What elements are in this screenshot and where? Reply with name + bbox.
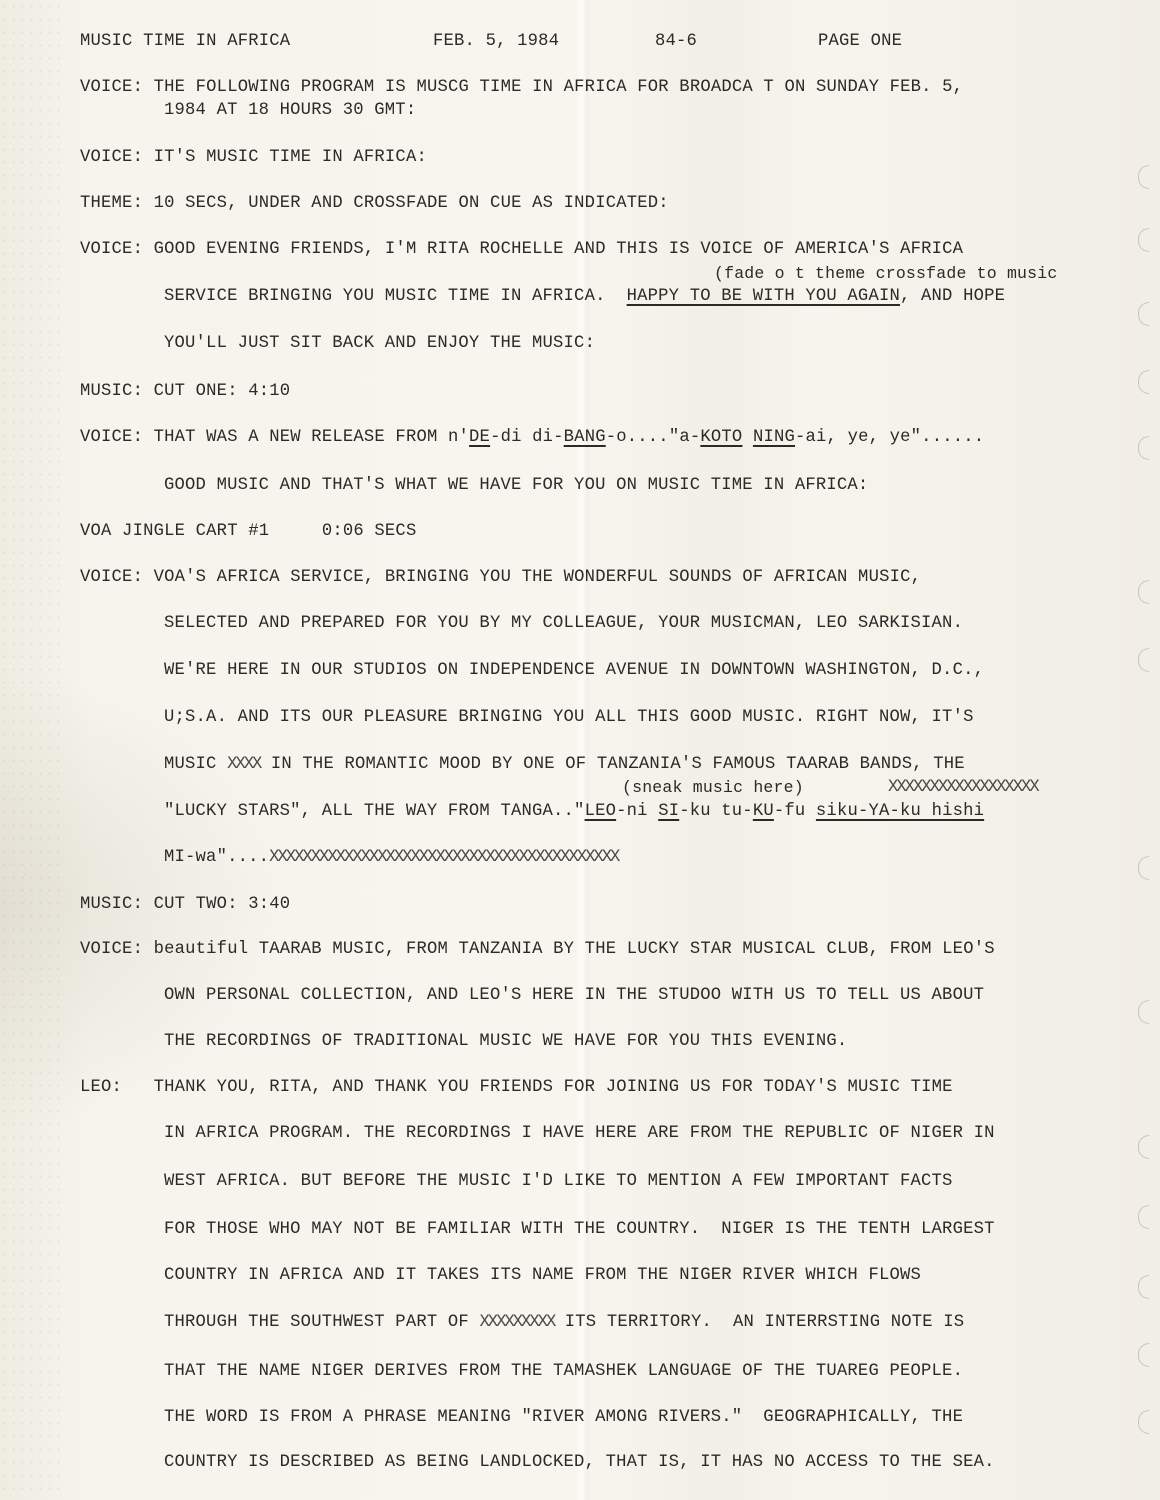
script-line: VOICE: IT'S MUSIC TIME IN AFRICA: — [80, 148, 427, 168]
script-line: VOICE: GOOD EVENING FRIENDS, I'M RITA RO… — [80, 240, 963, 260]
binder-hole-mark — [1138, 1343, 1149, 1367]
binder-hole-mark — [1138, 648, 1149, 672]
binder-hole-mark — [1138, 1135, 1149, 1159]
script-line: GOOD MUSIC AND THAT'S WHAT WE HAVE FOR Y… — [164, 476, 868, 496]
script-line: VOICE: VOA'S AFRICA SERVICE, BRINGING YO… — [80, 568, 921, 588]
underlined-text: NING — [753, 428, 795, 447]
script-line: WE'RE HERE IN OUR STUDIOS ON INDEPENDENC… — [164, 661, 984, 681]
binder-hole-mark — [1138, 228, 1149, 252]
header-program: MUSIC TIME IN AFRICA — [80, 32, 290, 52]
text-segment: -di di- — [490, 428, 564, 447]
underlined-text: HAPPY TO BE WITH YOU AGAIN — [627, 287, 900, 306]
binder-hole-mark — [1138, 370, 1149, 394]
script-line: VOICE: beautiful TAARAB MUSIC, FROM TANZ… — [80, 940, 995, 960]
text-segment: ITS TERRITORY. AN INTERRSTING NOTE IS — [554, 1313, 964, 1332]
script-line: OWN PERSONAL COLLECTION, AND LEO'S HERE … — [164, 986, 984, 1006]
struck-out-text: XXXX — [227, 755, 260, 774]
script-line: THROUGH THE SOUTHWEST PART OF XXXXXXXXX … — [164, 1313, 964, 1333]
underlined-text: SI — [658, 802, 679, 821]
underlined-text: LEO — [585, 802, 617, 821]
script-line: SELECTED AND PREPARED FOR YOU BY MY COLL… — [164, 614, 963, 634]
underlined-text: siku-YA-ku hishi — [816, 802, 984, 821]
binder-hole-mark — [1138, 165, 1149, 189]
script-line: COUNTRY IN AFRICA AND IT TAKES ITS NAME … — [164, 1266, 921, 1286]
binder-hole-mark — [1138, 1275, 1149, 1299]
script-line: WEST AFRICA. BUT BEFORE THE MUSIC I'D LI… — [164, 1172, 953, 1192]
binder-hole-mark — [1138, 1205, 1149, 1229]
text-segment: -fu — [774, 802, 816, 821]
text-segment: IN THE ROMANTIC MOOD BY ONE OF TANZANIA'… — [260, 755, 964, 774]
script-line: U;S.A. AND ITS OUR PLEASURE BRINGING YOU… — [164, 708, 974, 728]
text-segment — [742, 428, 753, 447]
script-line: VOICE: THE FOLLOWING PROGRAM IS MUSCG TI… — [80, 78, 963, 98]
struck-out-text: XXXXXXXXXXXXXXXXXXXXXXXXXXXXXXXXXXXXXXXX… — [269, 848, 618, 867]
text-segment: THROUGH THE SOUTHWEST PART OF — [164, 1313, 479, 1332]
script-line: VOICE: THAT WAS A NEW RELEASE FROM n'DE-… — [80, 428, 984, 448]
script-line: 1984 AT 18 HOURS 30 GMT: — [164, 101, 416, 121]
header-code: 84-6 — [655, 32, 697, 52]
paper-specks — [0, 0, 60, 1500]
script-line: MUSIC: CUT ONE: 4:10 — [80, 382, 290, 402]
script-line: MUSIC: CUT TWO: 3:40 — [80, 895, 290, 915]
document-page: MUSIC TIME IN AFRICA FEB. 5, 1984 84-6 P… — [0, 0, 1160, 1500]
script-line: IN AFRICA PROGRAM. THE RECORDINGS I HAVE… — [164, 1124, 995, 1144]
script-line: MI-wa"....XXXXXXXXXXXXXXXXXXXXXXXXXXXXXX… — [164, 848, 618, 868]
script-line: THE RECORDINGS OF TRADITIONAL MUSIC WE H… — [164, 1032, 847, 1052]
text-segment: -ni — [616, 802, 658, 821]
script-line: VOA JINGLE CART #1 0:06 SECS — [80, 522, 416, 542]
script-line: SERVICE BRINGING YOU MUSIC TIME IN AFRIC… — [164, 287, 1005, 307]
text-segment: -ku tu- — [679, 802, 753, 821]
header-page: PAGE ONE — [818, 32, 902, 52]
underlined-text: BANG — [564, 428, 606, 447]
binder-hole-mark — [1138, 302, 1149, 326]
production-note: (sneak music here) — [622, 778, 804, 798]
script-line: THAT THE NAME NIGER DERIVES FROM THE TAM… — [164, 1362, 963, 1382]
binder-hole-mark — [1138, 436, 1149, 460]
text-segment: SERVICE BRINGING YOU MUSIC TIME IN AFRIC… — [164, 287, 627, 306]
text-segment: MUSIC — [164, 755, 227, 774]
struck-out-text: XXXXXXXXXXXXXXXXXX — [888, 778, 1038, 798]
text-segment: -ai, ye, ye"...... — [795, 428, 984, 447]
script-line: YOU'LL JUST SIT BACK AND ENJOY THE MUSIC… — [164, 334, 595, 354]
header-date: FEB. 5, 1984 — [433, 32, 559, 52]
script-line: THEME: 10 SECS, UNDER AND CROSSFADE ON C… — [80, 194, 669, 214]
script-line: MUSIC XXXX IN THE ROMANTIC MOOD BY ONE O… — [164, 755, 965, 775]
text-segment: -o...."a- — [606, 428, 701, 447]
text-segment: , AND HOPE — [900, 287, 1005, 306]
script-line: "LUCKY STARS", ALL THE WAY FROM TANGA.."… — [164, 802, 984, 822]
binder-hole-mark — [1138, 856, 1149, 880]
production-note: (fade o t theme crossfade to music — [714, 264, 1057, 284]
script-line: THE WORD IS FROM A PHRASE MEANING "RIVER… — [164, 1408, 963, 1428]
underlined-text: DE — [469, 428, 490, 447]
underlined-text: KOTO — [700, 428, 742, 447]
struck-out-text: XXXXXXXXX — [479, 1313, 554, 1332]
binder-hole-mark — [1138, 1000, 1149, 1024]
text-segment: MI-wa".... — [164, 848, 269, 867]
binder-hole-mark — [1138, 580, 1149, 604]
text-segment: "LUCKY STARS", ALL THE WAY FROM TANGA.." — [164, 802, 585, 821]
script-line: FOR THOSE WHO MAY NOT BE FAMILIAR WITH T… — [164, 1220, 995, 1240]
underlined-text: KU — [753, 802, 774, 821]
binder-hole-mark — [1138, 1410, 1149, 1434]
script-line: LEO: THANK YOU, RITA, AND THANK YOU FRIE… — [80, 1078, 953, 1098]
script-line: COUNTRY IS DESCRIBED AS BEING LANDLOCKED… — [164, 1453, 995, 1473]
text-segment: VOICE: THAT WAS A NEW RELEASE FROM n' — [80, 428, 469, 447]
